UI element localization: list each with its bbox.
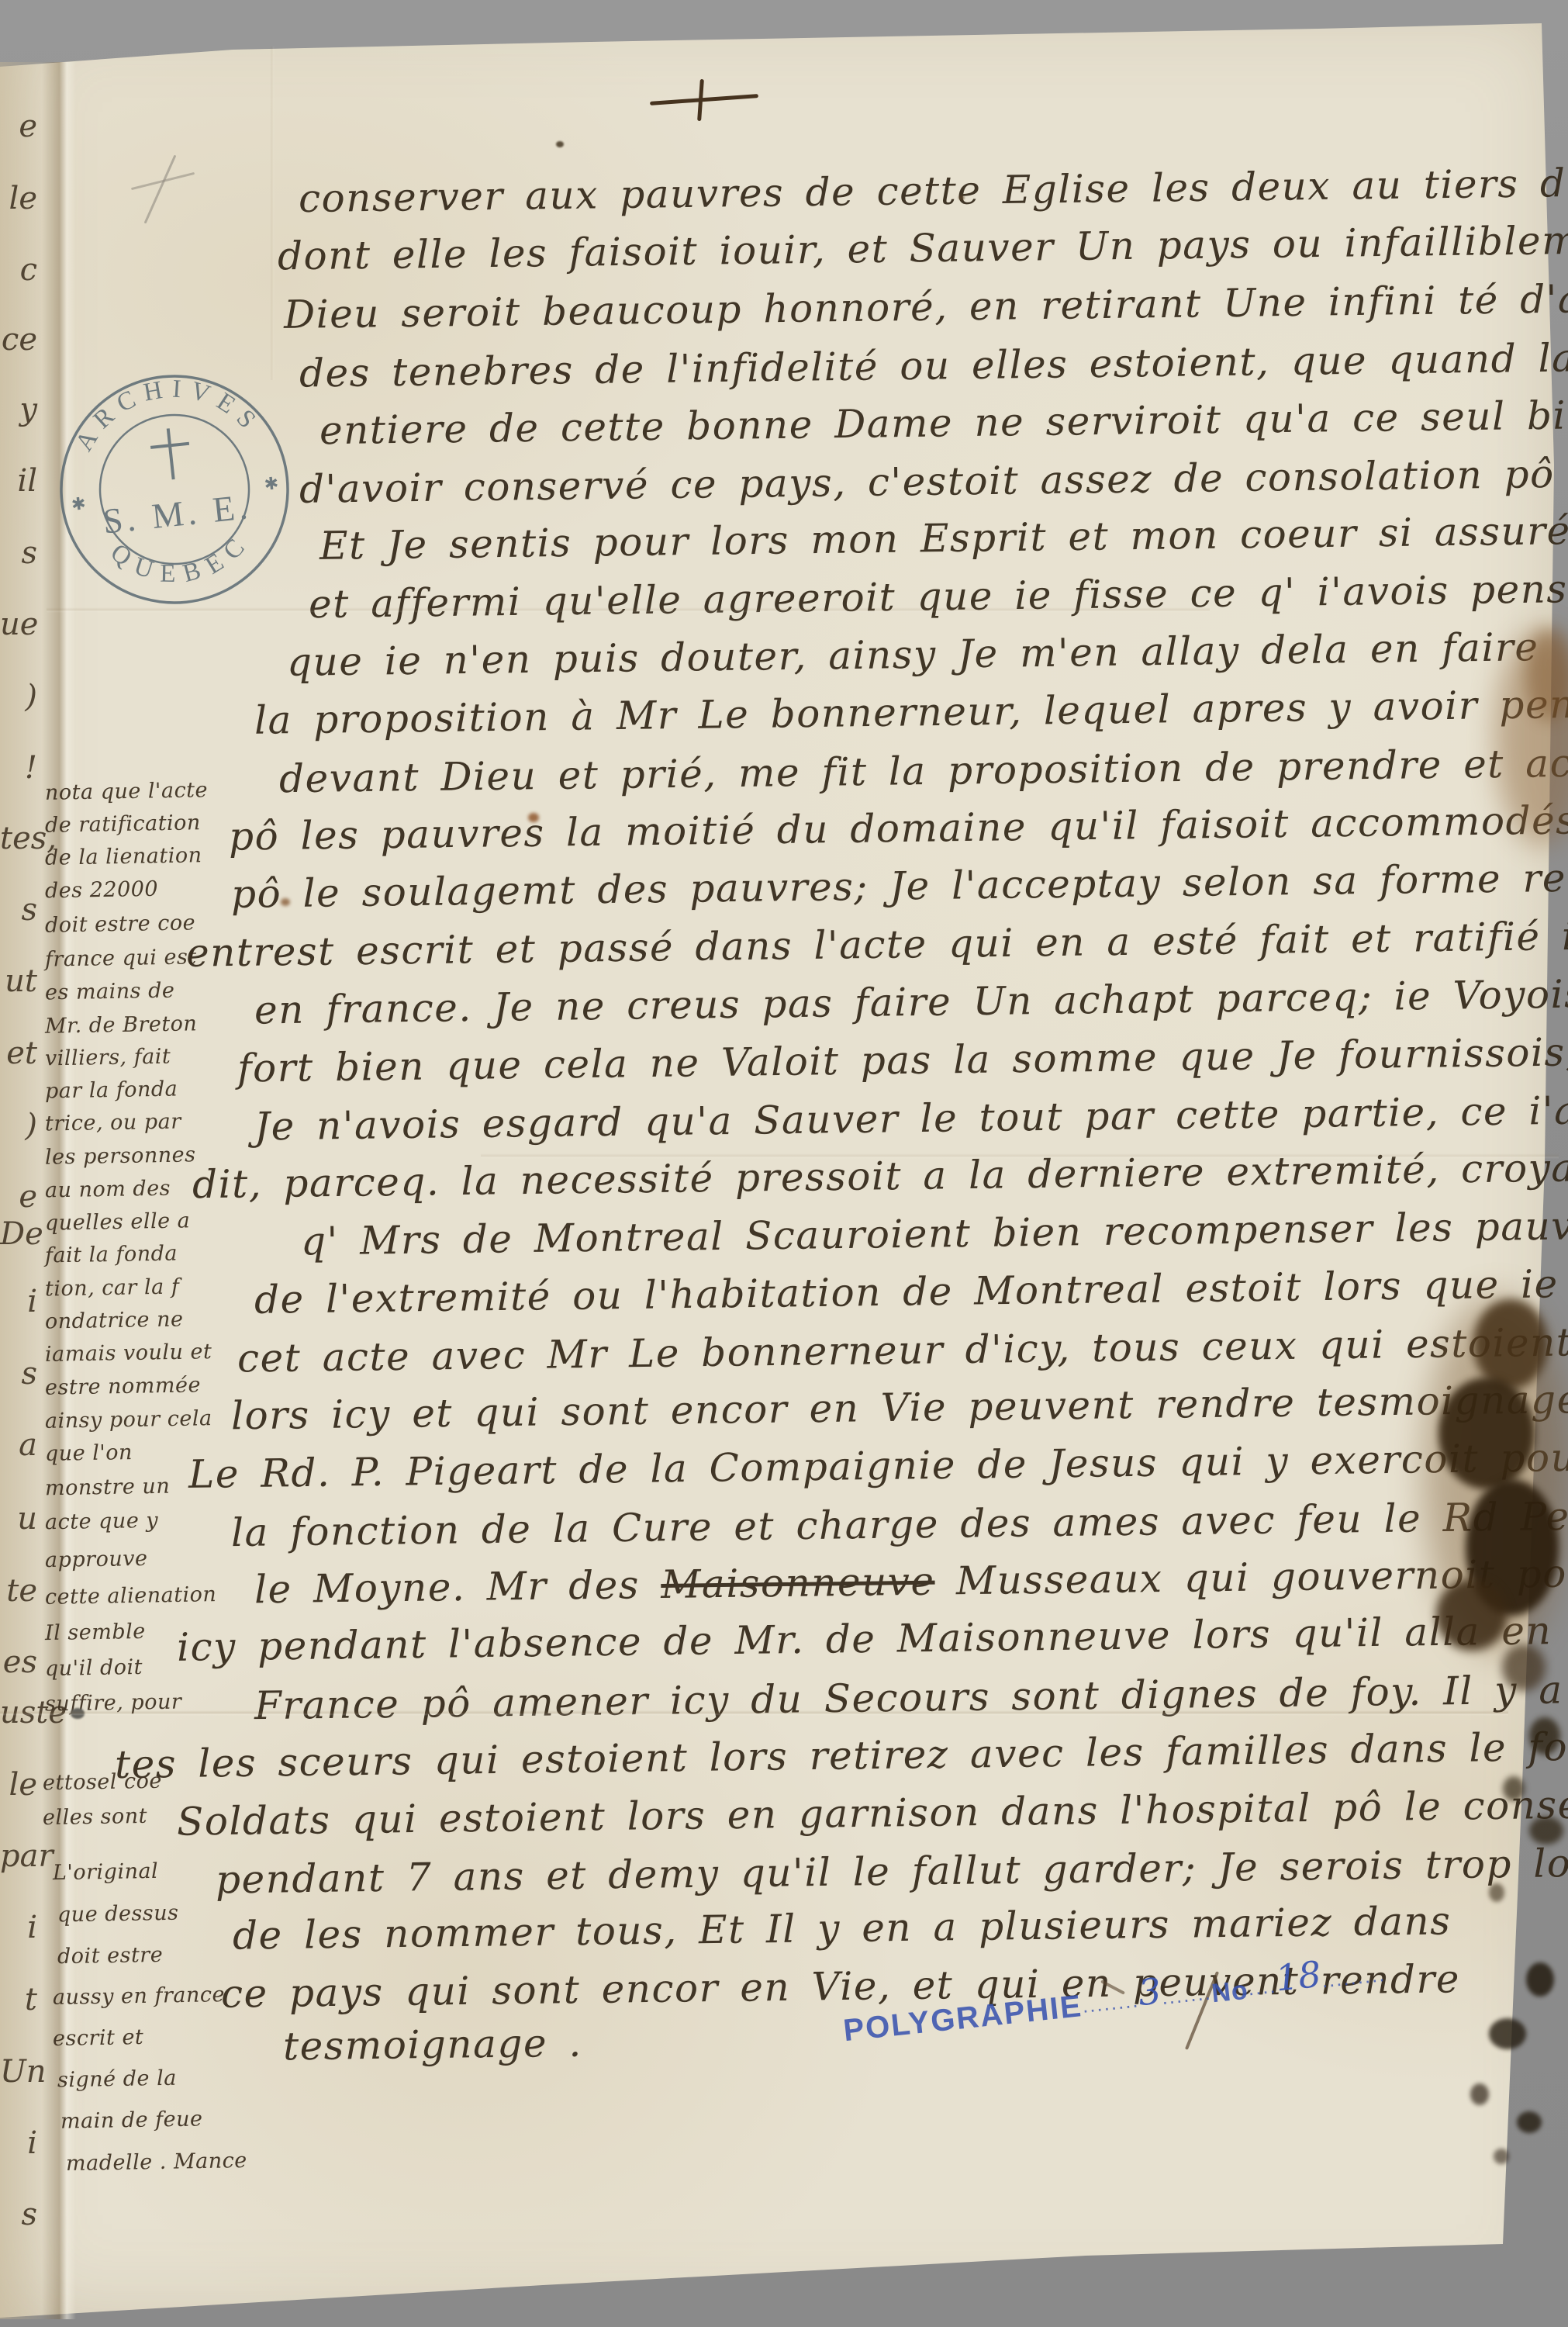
facing-page-fragment: i xyxy=(0,2125,37,2161)
facing-page-fragment: u xyxy=(0,1501,37,1537)
margin-note-line: Il semble xyxy=(45,1620,146,1646)
ink-blot xyxy=(1529,1717,1560,1755)
margin-note-line: estre nommée xyxy=(45,1373,201,1401)
margin-note-line: de la lienation xyxy=(45,843,202,871)
margin-note-line: es mains de xyxy=(45,979,175,1006)
fold-crease xyxy=(0,1710,1508,1716)
facing-page-fragment: ut xyxy=(0,963,37,999)
facing-page-fragment: ) xyxy=(0,1108,37,1143)
classification-number-value: 18 xyxy=(1273,1953,1323,2000)
facing-page-fragment: a xyxy=(0,1427,37,1463)
classification-number-label: No xyxy=(1210,1976,1249,2009)
margin-note-line: qu'il doit xyxy=(45,1655,143,1682)
classification-volume-value: 3 xyxy=(1136,1969,1163,2014)
margin-note-line: que l'on xyxy=(45,1440,133,1467)
stamp-left-asterisk-icon: ✱ xyxy=(71,493,87,514)
facing-page-fragment: i xyxy=(0,1284,37,1319)
margin-note-line: acte que y xyxy=(45,1509,159,1536)
margin-note-line: L'original xyxy=(53,1859,159,1886)
ink-blot xyxy=(958,195,965,200)
margin-note-line: iamais voulu et xyxy=(45,1340,212,1368)
margin-note-line: escrit et xyxy=(53,2025,144,2052)
margin-note-line: fait la fonda xyxy=(45,1242,178,1269)
facing-page-fragment: i xyxy=(0,1910,37,1945)
stamp-right-asterisk-icon: ✱ xyxy=(263,473,279,494)
facing-page-fragment: es xyxy=(0,1644,37,1680)
stamp-cross-icon xyxy=(149,427,193,482)
struck-word: Maisonneuve xyxy=(661,1559,935,1607)
ink-blot xyxy=(1470,2083,1489,2105)
facing-page-fragment: e xyxy=(0,1179,37,1215)
ink-blot xyxy=(1489,2018,1526,2049)
margin-note-line: monstre un xyxy=(45,1475,171,1502)
archive-round-stamp: ARCHIVES QUEBEC S. M. E. ✱ ✱ xyxy=(34,349,316,631)
ink-blot xyxy=(1503,1776,1525,1801)
ink-blot xyxy=(1526,1962,1554,1997)
margin-note-line: au nom des xyxy=(45,1177,171,1204)
facing-page-fragment: Un xyxy=(0,2054,37,2090)
ink-blot xyxy=(1502,1644,1546,1691)
margin-note-line: approuve xyxy=(45,1547,148,1573)
dot-leader: .... xyxy=(1247,1974,1278,2000)
ink-blot xyxy=(1489,1883,1504,1902)
margin-note-line: ettosel coe xyxy=(43,1769,162,1796)
manuscript-line: tesmoignage . xyxy=(283,2020,582,2070)
ink-blot xyxy=(1529,1817,1563,1845)
dot-leader: ........ xyxy=(1081,1988,1141,2018)
margin-note-line: aussy en france xyxy=(53,1983,226,2011)
margin-note-line: signé de la xyxy=(57,2066,177,2094)
facing-page-fragment: ) xyxy=(0,679,37,714)
ink-blot xyxy=(528,813,539,822)
fold-crease xyxy=(481,1153,1559,1159)
ink-blot xyxy=(1473,1299,1548,1389)
margin-note-line: ondatrice ne xyxy=(45,1307,184,1334)
facing-page-fragment: ce xyxy=(0,322,37,358)
facing-page-fragment: le xyxy=(0,1767,37,1803)
facing-page-fragment: De xyxy=(0,1216,37,1252)
margin-note-line: Mr. de Breton xyxy=(45,1011,198,1039)
margin-note-line: quelles elle a xyxy=(45,1208,191,1236)
facing-page-fragment: ue xyxy=(0,607,37,642)
margin-note-line: les personnes xyxy=(45,1143,196,1170)
line-text: le Moyne. Mr des xyxy=(254,1562,661,1612)
facing-page-fragment: il xyxy=(0,463,37,499)
margin-note-line: de ratification xyxy=(45,811,201,838)
margin-note-line: cette alienation xyxy=(45,1582,217,1610)
margin-note-line: doit estre coe xyxy=(45,911,196,938)
facing-page-fragment: le xyxy=(0,181,37,216)
ink-blot xyxy=(556,141,564,147)
dot-leader: ....... xyxy=(1160,1981,1212,2010)
margin-note-line: elles sont xyxy=(43,1804,148,1831)
margin-note-line: villiers, fait xyxy=(45,1045,171,1072)
ink-blot xyxy=(1436,1579,1508,1651)
facing-page-fragment: s xyxy=(0,2197,37,2232)
fold-crease xyxy=(270,47,275,380)
facing-page-fragment: et xyxy=(0,1036,37,1071)
facing-page-fragment: par xyxy=(0,1838,37,1874)
facing-page-fragment: t xyxy=(0,1982,37,2018)
margin-note-line: par la fonda xyxy=(45,1077,178,1105)
margin-note-line: nota que l'acte xyxy=(45,778,209,806)
ink-blot xyxy=(1517,2111,1542,2133)
facing-page-fragment: tes, xyxy=(0,821,37,856)
ink-blot xyxy=(281,898,290,906)
facing-page-fragment: e xyxy=(0,109,37,144)
margin-note-line: madelle . Mance xyxy=(66,2149,247,2177)
margin-note-line: main de feue xyxy=(60,2107,203,2134)
margin-note-line: des 22000 xyxy=(45,877,159,904)
facing-page-fragment: te xyxy=(0,1573,37,1609)
facing-page-fragment: y xyxy=(0,392,37,427)
margin-note-line: doit estre xyxy=(57,1943,164,1969)
ink-blot xyxy=(1526,628,1568,721)
facing-page-fragment: s xyxy=(0,535,37,571)
facing-page-fragment: s xyxy=(0,892,37,928)
margin-note-line: trice, ou par xyxy=(45,1109,181,1136)
ink-blot xyxy=(1494,2149,1509,2164)
margin-note-line: ainsy pour cela xyxy=(45,1406,212,1434)
ink-blot xyxy=(1438,1378,1535,1489)
margin-note-line: que dessus xyxy=(57,1901,179,1928)
margin-note-line: tion, car la f xyxy=(45,1274,180,1302)
facing-page-fragment: ! xyxy=(0,750,37,786)
facing-page-fragment: s xyxy=(0,1356,37,1392)
margin-note-line: france qui est xyxy=(45,945,197,972)
document-scan: conserver aux pauvres de cette Eglise le… xyxy=(0,0,1568,2327)
facing-page-fragment: c xyxy=(0,252,37,288)
